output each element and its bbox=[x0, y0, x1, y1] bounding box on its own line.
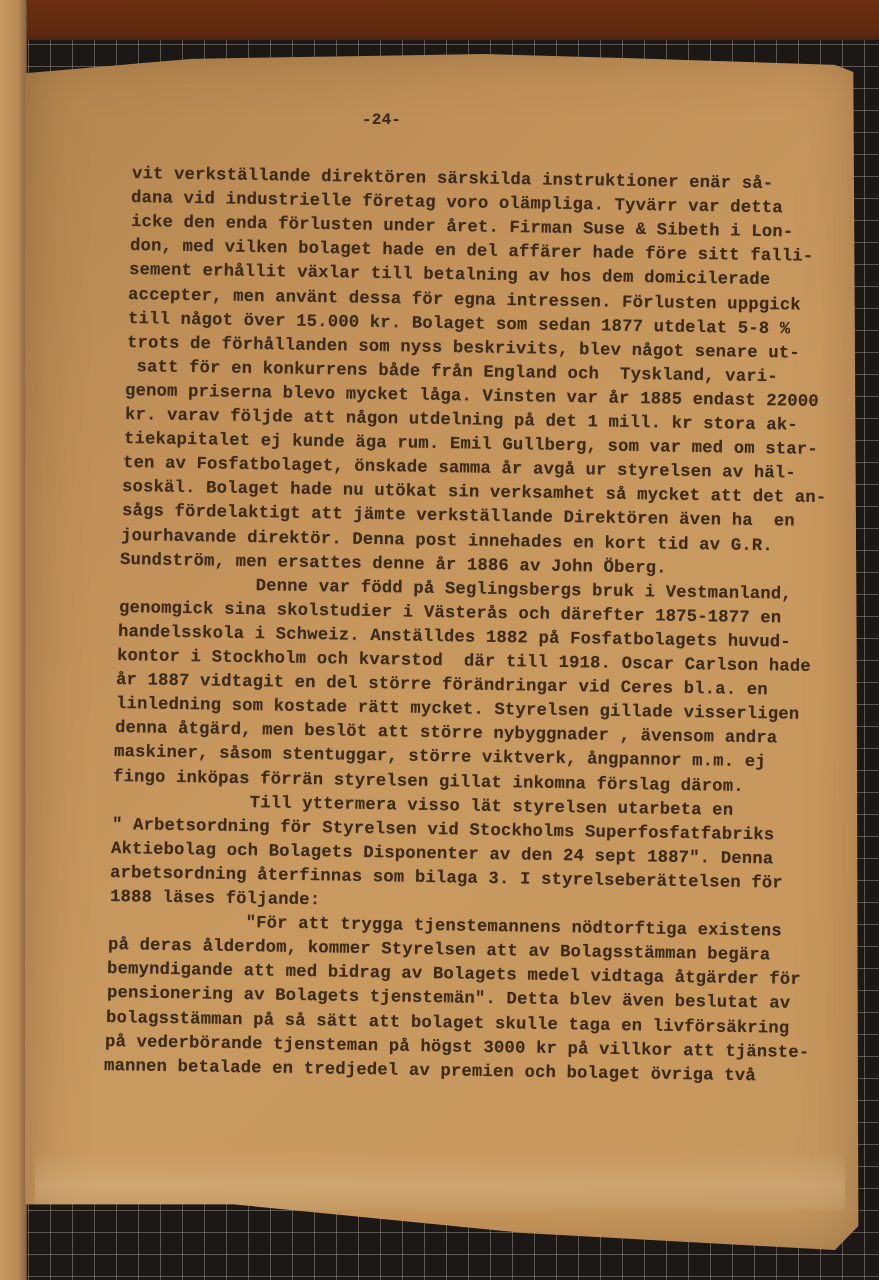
text-line: pensionering av Bolagets tjenstemän". De… bbox=[106, 985, 790, 1013]
text-line: maskiner, såsom stentuggar, större viktv… bbox=[114, 744, 766, 771]
text-line: till något över 15.000 kr. Bolaget som s… bbox=[127, 311, 790, 339]
text-line: Sundström, men ersattes denne år 1886 av… bbox=[120, 552, 667, 578]
text-line: sement erhållit växlar till betalning av… bbox=[129, 262, 771, 289]
text-line: " Arbetsordning för Styrelsen vid Stockh… bbox=[112, 817, 775, 845]
page-number: -24- bbox=[362, 112, 401, 128]
text-line: satt för en konkurrens både från England… bbox=[126, 359, 778, 386]
text-line: handelsskola i Schweiz. Anställdes 1882 … bbox=[118, 624, 791, 652]
text-line: trots de förhållanden som nyss beskrivit… bbox=[127, 335, 800, 363]
text-line: Denne var född på Seglingsbergs bruk i V… bbox=[119, 576, 792, 604]
text-line: 1888 läses följande: bbox=[109, 889, 320, 910]
text-line: sågs fördelaktigt att jämte verkställand… bbox=[121, 503, 794, 531]
text-line: på vederbörande tjensteman på högst 3000… bbox=[105, 1034, 810, 1062]
text-line: jourhavande direktör. Denna post innehad… bbox=[121, 528, 773, 555]
text-line: vit verkställande direktören särskilda i… bbox=[132, 166, 774, 193]
text-line: Aktiebolag och Bolagets Disponenter av d… bbox=[111, 841, 774, 869]
text-line: dana vid industrielle företag voro olämp… bbox=[131, 190, 783, 217]
text-line: accepter, men använt dessa för egna intr… bbox=[128, 287, 801, 315]
text-line: mannen betalade en tredjedel av premien … bbox=[104, 1058, 756, 1085]
text-line: fingo inköpas förrän styrelsen gillat in… bbox=[113, 769, 744, 796]
text-line: arbetsordning återfinnas som bilaga 3. I… bbox=[110, 865, 783, 893]
text-line: bolagsstämman på så sätt att bolaget sku… bbox=[106, 1010, 790, 1038]
text-line: Till yttermera visso lät styrelsen utarb… bbox=[112, 793, 733, 820]
page-text: -24- vit verkställande direktören särski… bbox=[0, 0, 879, 1280]
text-line: år 1887 vidtagit en del större förändrin… bbox=[116, 672, 768, 699]
text-line: genomgick sina skolstudier i Västerås oc… bbox=[118, 600, 781, 628]
